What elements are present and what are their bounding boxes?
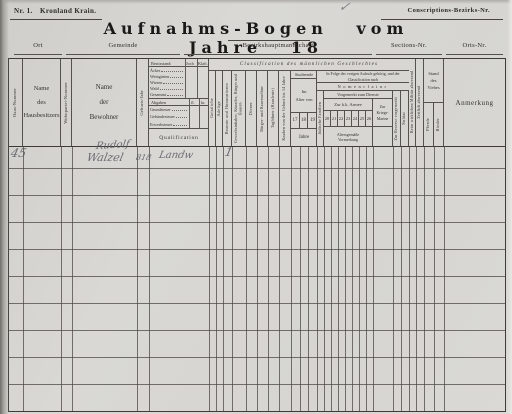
armee-age-cell: 22: [338, 111, 345, 127]
class-col-label: Taglöhner (Hausleute): [271, 88, 275, 128]
dotted-leader: [173, 124, 187, 126]
abgaben-kr-label: kr.: [201, 100, 205, 105]
grid-vline: [338, 146, 339, 411]
field-sections-nr: Sections-Nr.: [376, 42, 442, 55]
grid-vline: [366, 146, 367, 411]
dotted-leader: [176, 116, 187, 118]
col-wohnpartei-label: Wohnpartei-Nummer: [64, 82, 69, 124]
grid-hline: [9, 276, 505, 277]
age-cell: 18: [300, 113, 308, 129]
grid-vline: [345, 146, 346, 411]
abgaben-row: Grundsteuer: [149, 107, 209, 112]
abgaben-fl-label: fl.: [191, 100, 195, 105]
abgaben-rows: Grundsteuer Gebäudesteuer Erwerbsteuer: [149, 106, 209, 129]
age-cell: 19: [308, 113, 317, 129]
col-pferde: Pferde: [424, 103, 434, 146]
scan-edge-right: [507, 0, 512, 414]
handwritten-name-line2: Walzel: [86, 151, 125, 164]
class-col-label: Gewerbsinhaber, Künstler, Bürger und Bau…: [234, 71, 243, 146]
field-bezirkshauptmannschaft: Bezirkshauptmannschaft: [184, 42, 372, 55]
form-table: Haus-Nummer Name des Hausbesitzers Wohnp…: [8, 58, 506, 412]
grid-vline: [416, 146, 417, 411]
besitz-header: Besitzstand:: [151, 61, 171, 66]
besitz-row: Wiesen: [149, 80, 209, 85]
class-col-label: Bürger- und Bauernsöhne: [260, 86, 264, 132]
abgaben-header-row: Abgaben fl. kr.: [149, 99, 209, 106]
grid-vline: [137, 146, 138, 411]
grid-vline: [324, 146, 325, 411]
grid-vline: [246, 146, 247, 411]
col-militaer-label: Beim wirklichen Militär abwesend: [410, 71, 414, 133]
besitz-klafter-label: Klaft.: [198, 61, 208, 66]
grid-vline: [257, 146, 258, 411]
class-col-tagloehner: Taglöhner (Hausleute): [268, 71, 279, 146]
grid-vline: [308, 146, 309, 411]
grid-vline: [291, 146, 292, 411]
armee-age-cell: 23: [345, 111, 352, 127]
handwritten-checkmark-icon: ✓: [337, 0, 351, 15]
class-col-beamte: Beamte und Honoratioren: [223, 71, 232, 146]
grid-hline: [9, 222, 505, 223]
scanned-census-form: Nr. 1. Kronland Krain. Conscriptions-Bez…: [0, 0, 512, 414]
nomenclatur-label: Nomenclatur: [317, 83, 409, 91]
col-soldat-label: Soldat: [402, 112, 407, 125]
class-col-label: Geistliche: [210, 98, 215, 118]
grid-vline: [409, 146, 410, 411]
grid-vline: [223, 146, 224, 411]
armee-age-cell: 21: [331, 111, 338, 127]
col-geburtsjahr-label: Geburts-Jahr: [140, 90, 145, 116]
class-col-buergersoehne: Bürger- und Bauernsöhne: [257, 71, 268, 146]
col-juedische: Jüdische Familien: [317, 91, 324, 146]
vorgemerkt-label: Vorgemerkt zum Dienste: [324, 91, 393, 99]
class-col-label: Knaben von der Geburt bis 14 Jahre: [282, 76, 286, 141]
dotted-leader: [160, 88, 183, 90]
besitz-header-row: Besitzstand: Joch Klaft.: [149, 59, 209, 67]
class-col-diener: Diener: [246, 71, 257, 146]
grid-hline: [9, 249, 505, 250]
grid-vline: [149, 146, 150, 411]
col-zeitlich-abwesend: Zeitlich abwesend: [416, 59, 424, 146]
scan-edge-left: [0, 0, 9, 414]
grid-vline: [434, 146, 435, 411]
grid-vline: [61, 146, 62, 411]
dotted-leader: [163, 82, 183, 84]
class-col-knaben: Knaben von der Geburt bis 14 Jahre: [279, 71, 291, 146]
grid-vline: [393, 146, 394, 411]
studirende-title: Studirende: [291, 71, 317, 79]
class-col-label: Beamte und Honoratioren: [225, 83, 230, 134]
conscription-district-label: Conscriptions-Bezirks-Nr.: [407, 7, 490, 14]
grid-vline: [401, 146, 402, 411]
besitz-row-label: Äcker: [150, 68, 160, 73]
grid-vline: [300, 146, 301, 411]
dotted-leader: [172, 109, 187, 111]
dotted-leader: [170, 76, 183, 78]
grid-hline: [9, 195, 505, 196]
besitz-row: Weingärten: [149, 74, 209, 79]
grid-vline: [359, 146, 360, 411]
field-ort: Ort: [14, 42, 62, 55]
field-orts-nr: Orts-Nr.: [446, 42, 503, 55]
grid-hline: [9, 357, 505, 358]
col-abwesend-label: Zeitlich abwesend: [417, 86, 421, 119]
grid-hline: [9, 384, 505, 385]
besitz-row: Äcker: [149, 68, 209, 73]
col-militaer-abwesend: Beim wirklichen Militär abwesend: [409, 59, 416, 146]
besitz-row: Gesammt: [149, 92, 209, 97]
handwritten-haus-nr: 45: [10, 146, 28, 160]
grid-vline: [317, 146, 318, 411]
studirende-box: Studirende Im Alter von 17 18 19 Jahre: [291, 71, 317, 146]
abgaben-row: Gebäudesteuer: [149, 114, 209, 119]
dotted-leader: [161, 70, 183, 72]
scan-edge-top: [0, 0, 512, 4]
col-juedische-label: Jüdische Familien: [318, 102, 322, 134]
age-cell: 17: [291, 113, 300, 129]
alters-vormerkung-label: Altersgemäße Vormerkung: [324, 127, 373, 146]
grid-vline: [216, 146, 217, 411]
col-haus-nummer: Haus-Nummer: [9, 59, 23, 146]
jahre-label: Jahre: [291, 129, 317, 146]
grid-vline: [373, 146, 374, 411]
armee-label: Zur k.k. Armee: [324, 99, 373, 111]
col-wohnpartei: Wohnpartei-Nummer: [61, 59, 72, 146]
abgaben-header: Abgaben: [151, 100, 166, 105]
grid-hline: [9, 303, 505, 304]
field-gemeinde: Gemeinde: [66, 42, 180, 55]
besitz-row-label: Wiesen: [150, 80, 162, 85]
class-col-adelige: Adelige: [216, 71, 223, 146]
besitz-box: Besitzstand: Joch Klaft. Äcker Weingärte…: [149, 59, 209, 146]
vieh-header: Stand des Viehes: [424, 59, 444, 103]
besitz-row: Wald: [149, 86, 209, 91]
abgaben-row-label: Grundsteuer: [150, 107, 171, 112]
grid-vline: [72, 146, 73, 411]
handwritten-geburtsjahr: 818: [135, 153, 152, 162]
col-geburtsjahr: Geburts-Jahr: [137, 59, 149, 146]
besitz-rows: Äcker Weingärten Wiesen Wald Gesammt: [149, 67, 209, 99]
title-underline: [228, 40, 310, 41]
form-number: Nr. 1.: [14, 7, 33, 15]
col-reserve-label: Zur Reserve vorgemerkt: [394, 97, 398, 140]
grid-vline: [331, 146, 332, 411]
armee-age-cell: 20: [324, 111, 331, 127]
col-rinder: Rinder: [434, 103, 444, 146]
grid-vline: [424, 146, 425, 411]
qualification-label: Qualification: [149, 129, 209, 146]
kronland-label: Kronland Krain.: [40, 7, 96, 15]
handwritten-qualification: Landw: [158, 150, 194, 161]
grid-vline: [23, 146, 24, 411]
grid-vline: [352, 146, 353, 411]
marine-label: Zur Kriegs-Marine: [373, 99, 393, 127]
class-col-gewerbsinhaber: Gewerbsinhaber, Künstler, Bürger und Bau…: [232, 71, 246, 146]
col-rinder-label: Rinder: [436, 118, 441, 131]
col-soldat: Soldat: [401, 91, 409, 146]
abgaben-row-label: Gebäudesteuer: [150, 114, 175, 119]
grid-vline: [444, 146, 445, 411]
dotted-leader: [167, 94, 183, 96]
class-col-label: Diener: [249, 102, 254, 115]
col-hausbesitzer: Name des Hausbesitzers: [23, 59, 61, 146]
besitz-joch-label: Joch: [186, 61, 194, 66]
marine-empty-cell: [373, 127, 393, 146]
grid-vline: [279, 146, 280, 411]
abgaben-row: Erwerbsteuer: [149, 122, 209, 127]
im-alter-label: Im Alter von: [291, 79, 317, 113]
abgaben-row-label: Erwerbsteuer: [150, 122, 172, 127]
header-bottom-rule: [9, 146, 505, 147]
grid-vline: [268, 146, 269, 411]
grid-vline: [209, 146, 210, 411]
vormerk-header: In Folge der vorigen Aufrufe gehörig, un…: [317, 71, 409, 83]
armee-age-cell: 25: [359, 111, 366, 127]
besitz-row-label: Wald: [150, 86, 159, 91]
grid-hline: [9, 330, 505, 331]
grid-vline: [232, 146, 233, 411]
grid-hline: [9, 168, 505, 169]
classification-title: Classification des männlichen Geschlecht…: [209, 59, 409, 71]
col-pferde-label: Pferde: [426, 118, 431, 131]
armee-age-cell: 26: [366, 111, 373, 127]
col-bewohner: Name der Bewohner: [72, 59, 137, 146]
col-anmerkung: Anmerkung: [444, 59, 505, 146]
besitz-row-label: Weingärten: [150, 74, 169, 79]
armee-age-cell: 24: [352, 111, 359, 127]
class-col-geistliche: Geistliche: [209, 71, 216, 146]
col-reserve: Zur Reserve vorgemerkt: [393, 91, 401, 146]
col-haus-nummer-label: Haus-Nummer: [13, 88, 18, 117]
besitz-row-label: Gesammt: [150, 92, 166, 97]
class-col-label: Adelige: [217, 101, 222, 117]
